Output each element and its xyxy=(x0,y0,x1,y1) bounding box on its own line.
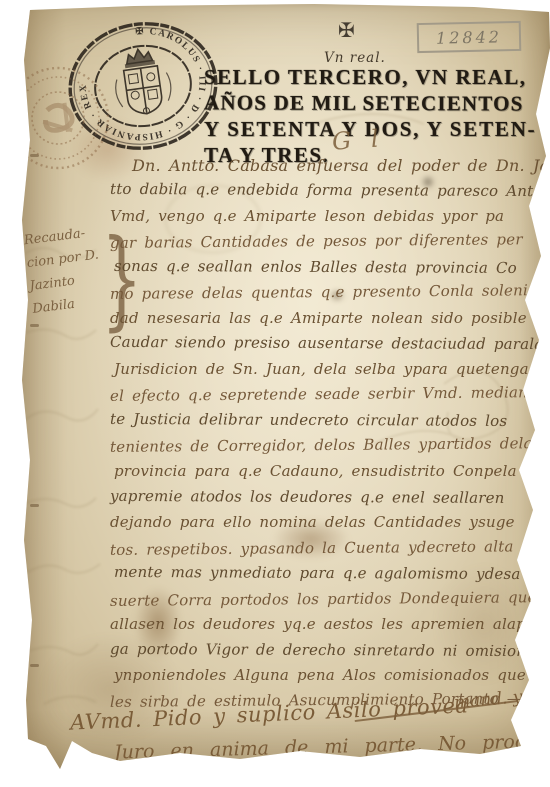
manuscript-line: dejando para ello nomina delas Cantidade… xyxy=(110,513,546,531)
manuscript-line: suerte Corra portodos los partidos Donde… xyxy=(110,588,546,610)
manuscript-line: el efecto q.e sepretende seade serbir Vm… xyxy=(110,383,546,405)
manuscript-line: ga portodo Vigor de derecho sinretardo n… xyxy=(110,640,546,660)
manuscript-line: provincia para q.e Cadauno, ensudistrito… xyxy=(114,462,550,480)
manuscript-line: allasen los deudores yq.e aestos les apr… xyxy=(110,615,546,633)
document-scan: { "colors": { "paper": "#ded1b2", "manus… xyxy=(0,0,550,787)
tax-stamp-header-line: SELLO TERCERO, VN REAL, xyxy=(204,64,534,90)
manuscript-line: tto dabila q.e endebida forma presenta p… xyxy=(110,180,546,200)
manuscript-line: Caudar siendo presiso ausentarse destaci… xyxy=(110,333,546,353)
manuscript-line: mente mas ynmediato para q.e agalomismo … xyxy=(114,563,550,583)
ochre-ink-stamp xyxy=(0,54,122,182)
paper-sheet: ✠ Vn real. 12842 ✠ CAROLUS · III · D · G… xyxy=(14,4,550,770)
manuscript-line: gar barias Cantidades de pesos por difer… xyxy=(110,230,546,252)
tax-stamp-header-line: AÑOS DE MIL SETECIENTOS xyxy=(204,89,534,116)
manuscript-line: Jurisdicion de Sn. Juan, dela selba ypar… xyxy=(114,360,550,378)
manuscript-line: tos. respetibos. ypasando la Cuenta ydec… xyxy=(110,537,546,559)
manuscript-line: ynponiendoles Alguna pena Alos comisiona… xyxy=(114,666,550,684)
manuscript-line: Dn. Antto. Cabasa enfuersa del poder de … xyxy=(114,156,550,175)
cross-mark: ✠ xyxy=(338,18,355,42)
manuscript-line: dad nesesaria las q.e Amiparte nolean si… xyxy=(110,309,546,327)
manuscript-line: sonas q.e seallan enlos Balles desta pro… xyxy=(114,257,550,277)
manuscript-line: Vmd, vengo q.e Amiparte leson debidas yp… xyxy=(110,207,546,225)
notary-rubric: G l xyxy=(331,124,385,156)
manuscript-line: tenientes de Corregidor, delos Balles yp… xyxy=(110,434,546,456)
manuscript-line: te Justicia delibrar undecreto circular … xyxy=(110,410,546,430)
archive-number: 12842 xyxy=(417,21,522,53)
manuscript-line: yapremie atodos los deudores q.e enel se… xyxy=(110,487,546,507)
manuscript-line: mo parese delas quentas q.e presento Con… xyxy=(110,281,546,303)
